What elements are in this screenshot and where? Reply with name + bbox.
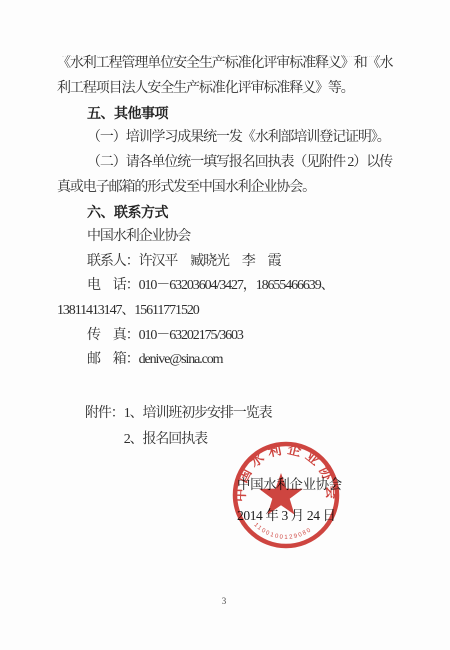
body-line: 《水利工程管理单位安全生产标准化评审标准释义》和《水 <box>57 52 397 77</box>
phone-line-cont: 13811413147、15611771520 <box>57 299 397 324</box>
attachments-label: 附件： <box>85 401 124 452</box>
organization-name: 中国水利企业协会 <box>57 225 397 250</box>
email-line: 邮 箱：denive@sina.com <box>57 348 397 373</box>
body-line: （二）请各单位统一填写报名回执表（见附件 2）以传 <box>57 151 397 176</box>
attachment-item: 1、培训班初步安排一览表 <box>124 401 272 427</box>
section-heading-contact: 六、联系方式 <box>57 200 397 225</box>
phone-line: 电 话：010－63203604/3427，18655466639、 <box>57 274 397 299</box>
page-number: 3 <box>216 596 232 606</box>
section-heading-other-matters: 五、其他事项 <box>57 101 397 126</box>
seal-star-icon <box>259 473 303 515</box>
document-page: 《水利工程管理单位安全生产标准化评审标准释义》和《水 利工程项目法人安全生产标准… <box>0 0 450 650</box>
document-body: 《水利工程管理单位安全生产标准化评审标准释义》和《水 利工程项目法人安全生产标准… <box>57 52 397 373</box>
body-line: 利工程项目法人安全生产标准化评审标准释义》等。 <box>57 77 397 102</box>
body-line: 真或电子邮箱的形式发至中国水利企业协会。 <box>57 176 397 201</box>
official-seal: 中国水利企业协会 1100100129080 <box>231 440 341 550</box>
fax-line: 传 真：010－63202175/3603 <box>57 324 397 349</box>
contact-persons: 联系人：许汉平 臧晓光 李 霞 <box>57 250 397 275</box>
body-line: （一）培训学习成果统一发《水利部培训登记证明》。 <box>57 126 397 151</box>
